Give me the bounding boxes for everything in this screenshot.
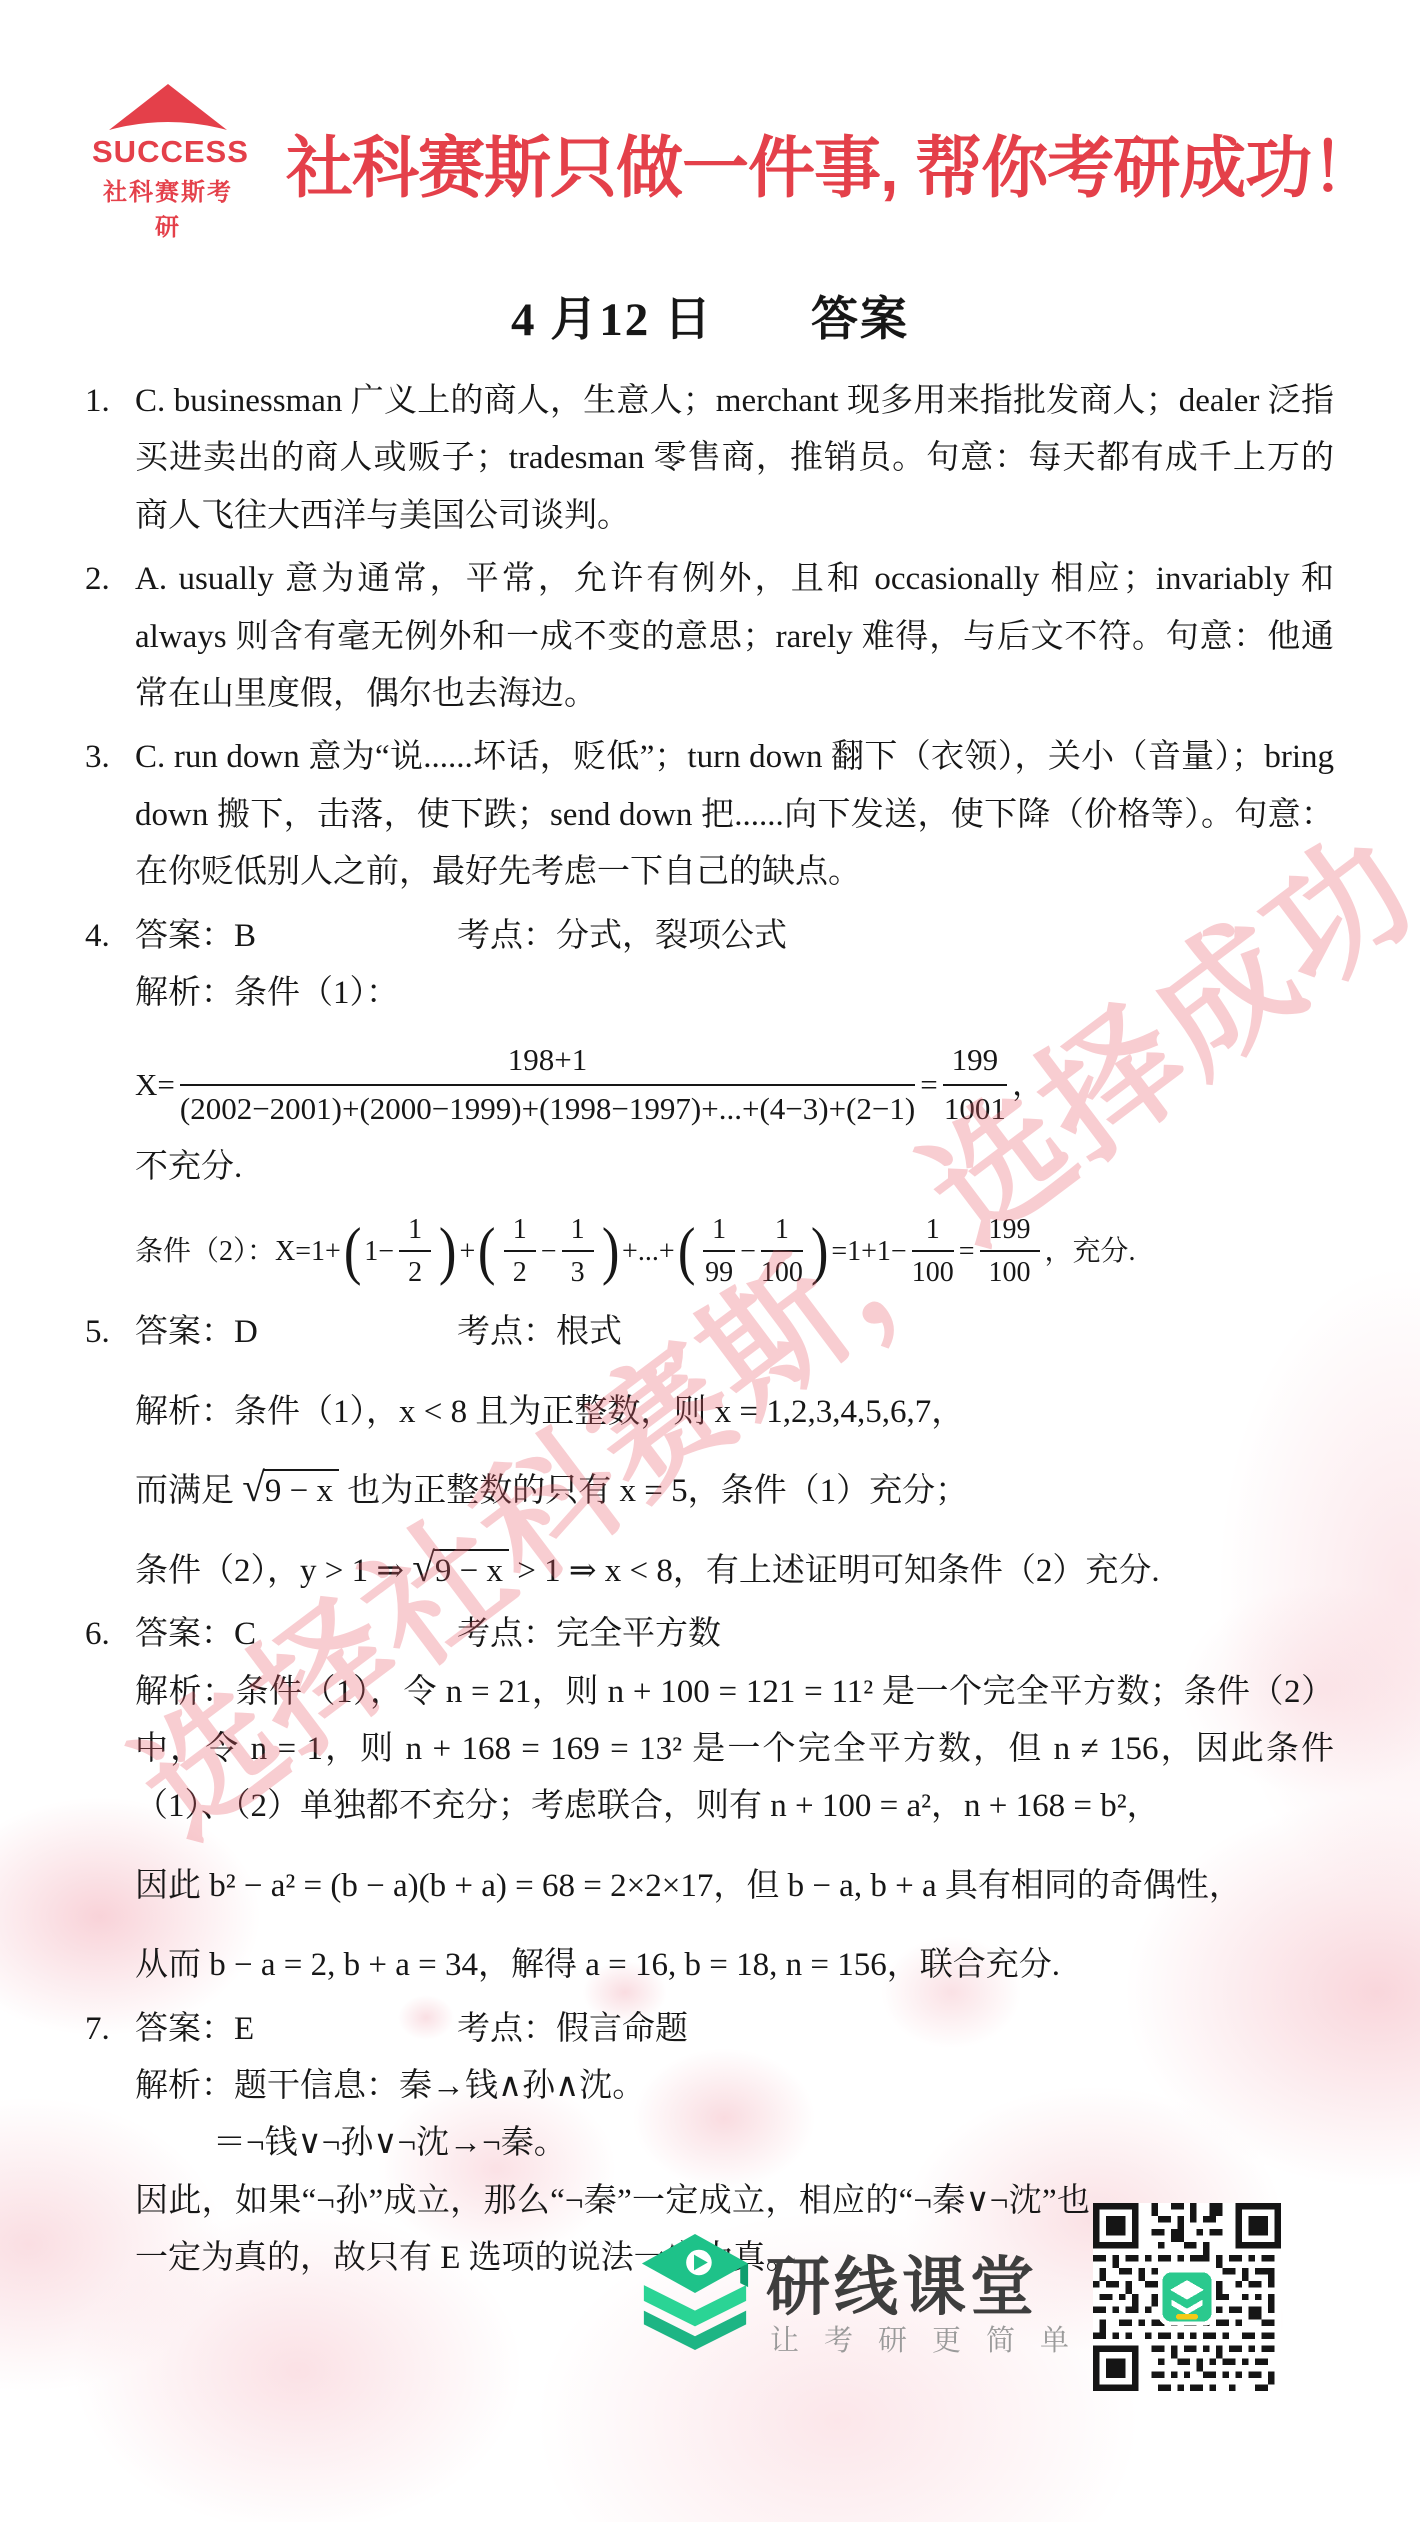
analysis-line: 解析：题干信息：秦→钱∧孙∧沈。 (135, 2058, 1334, 2115)
footer-tagline: 让考研更简单 (770, 2318, 1094, 2359)
answer-row: 答案：B 考点：分式，裂项公式 (135, 908, 1334, 965)
fraction: 198+1(2002−2001)+(2000−1999)+(1998−1997)… (180, 1040, 915, 1129)
fraction: 199100 (980, 1212, 1040, 1290)
fraction: 13 (562, 1212, 594, 1290)
answer-row: 答案：D 考点：根式 (135, 1304, 1334, 1361)
answer-value: 答案：E (135, 2001, 457, 2058)
analysis-line: 解析：条件（1），x < 8 且为正整数，则 x = 1,2,3,4,5,6,7… (135, 1384, 1334, 1441)
insufficient-line: 不充分. (135, 1139, 1334, 1196)
formula-text: =1+1− (831, 1234, 906, 1269)
formula-text: + (460, 1234, 476, 1269)
formula-condition-1: X= 198+1(2002−2001)+(2000−1999)+(1998−19… (135, 1040, 1334, 1129)
list-item-5: 5. 答案：D 考点：根式 解析：条件（1），x < 8 且为正整数，则 x =… (85, 1304, 1334, 1600)
item-number: 4. (85, 908, 135, 1299)
answer-value: 答案：B (135, 908, 457, 965)
header: SUCCESS 社科赛斯考研 社科赛斯只做一件事, 帮你考研成功！ (92, 84, 1360, 242)
answer-value: 答案：C (135, 1606, 457, 1663)
item-text: C. run down 意为“说......坏话，贬低”；turn down 翻… (135, 729, 1334, 901)
formula-tail: ， (1012, 1065, 1043, 1105)
logic-line: ＝¬钱∨¬孙∨¬沈→¬秦。 (135, 2115, 1334, 2172)
sqrt-line-2: 条件（2），y > 1 ⇒ √9 − x > 1 ⇒ x < 8，有上述证明可知… (135, 1543, 1334, 1600)
success-logo: SUCCESS 社科赛斯考研 (92, 84, 244, 242)
square-root: √9 − x (412, 1553, 509, 1589)
analysis-line: 解析：条件（1）： (135, 965, 1334, 1022)
equals-sign: = (920, 1065, 937, 1105)
formula-text: +...+ (622, 1234, 675, 1269)
list-item-4: 4. 答案：B 考点：分式，裂项公式 解析：条件（1）： X= 198+1(20… (85, 908, 1334, 1299)
header-slogan: 社科赛斯只做一件事, 帮你考研成功！ (286, 115, 1377, 211)
yanxian-logo-icon (636, 2230, 754, 2357)
item-number: 7. (85, 2001, 135, 2288)
formula-text: − (541, 1234, 557, 1269)
answer-value: 答案：D (135, 1304, 457, 1361)
item-number: 2. (85, 551, 135, 723)
formula-text: X=1+ (275, 1234, 341, 1269)
analysis-paragraph: 因此 b² − a² = (b − a)(b + a) = 68 = 2×2×1… (135, 1858, 1334, 1915)
fraction: 12 (504, 1212, 536, 1290)
formula-condition-2: 条件（2）： X=1+ ( 1− 12 ) + ( 12 − 13 ) +...… (135, 1212, 1334, 1290)
footer-brand: 研线课堂 (766, 2236, 1038, 2328)
list-item-2: 2. A. usually 意为通常，平常，允许有例外，且和 occasiona… (85, 551, 1334, 723)
item-text: A. usually 意为通常，平常，允许有例外，且和 occasionally… (135, 551, 1334, 723)
square-root: √9 − x (242, 1473, 339, 1509)
exam-point: 考点：根式 (457, 1304, 1334, 1361)
item-number: 3. (85, 729, 135, 901)
answers-list: 1. C. businessman 广义上的商人，生意人；merchant 现多… (85, 373, 1334, 2288)
answer-row: 答案：E 考点：假言命题 (135, 2001, 1334, 2058)
item-body: 答案：C 考点：完全平方数 解析：条件（1），令 n = 21，则 n + 10… (135, 1606, 1334, 1994)
formula-text: − (740, 1234, 756, 1269)
condition-label: 条件（2）： (135, 1234, 275, 1269)
fraction: 1100 (761, 1212, 803, 1290)
fraction: 1100 (912, 1212, 954, 1290)
formula-text: = (959, 1234, 975, 1269)
fraction: 199 (703, 1212, 735, 1290)
analysis-paragraph: 解析：条件（1），令 n = 21，则 n + 100 = 121 = 11² … (135, 1664, 1334, 1836)
qr-code (1093, 2203, 1281, 2391)
item-body: 答案：B 考点：分式，裂项公式 解析：条件（1）： X= 198+1(2002−… (135, 908, 1334, 1299)
fraction: 12 (399, 1212, 431, 1290)
item-number: 5. (85, 1304, 135, 1600)
item-number: 6. (85, 1606, 135, 1994)
logo-brand-text: SUCCESS (92, 134, 244, 170)
answer-sheet-page: 选择社科赛斯，选择成功 SUCCESS 社科赛斯考研 社科赛斯只做一件事, 帮你… (0, 0, 1420, 2522)
fraction: 1991001 (943, 1040, 1008, 1129)
sqrt-line-1: 而满足 √9 − x 也为正整数的只有 x = 5，条件（1）充分； (135, 1463, 1334, 1520)
exam-point: 考点：假言命题 (457, 2001, 1334, 2058)
answer-row: 答案：C 考点：完全平方数 (135, 1606, 1334, 1663)
exam-point: 考点：完全平方数 (457, 1606, 1334, 1663)
item-body: 答案：D 考点：根式 解析：条件（1），x < 8 且为正整数，则 x = 1,… (135, 1304, 1334, 1600)
exam-point: 考点：分式，裂项公式 (457, 908, 1334, 965)
formula-text: 1− (364, 1234, 394, 1269)
list-item-3: 3. C. run down 意为“说......坏话，贬低”；turn dow… (85, 729, 1334, 901)
logo-sub-text: 社科赛斯考研 (92, 172, 244, 242)
item-text: C. businessman 广义上的商人，生意人；merchant 现多用来指… (135, 373, 1334, 545)
analysis-paragraph: 从而 b − a = 2, b + a = 34，解得 a = 16, b = … (135, 1937, 1334, 1994)
list-item-1: 1. C. businessman 广义上的商人，生意人；merchant 现多… (85, 373, 1334, 545)
formula-lhs: X= (135, 1065, 175, 1105)
formula-text: ，充分. (1045, 1234, 1136, 1269)
item-number: 1. (85, 373, 135, 545)
page-title: 4 月12 日 答案 (0, 282, 1420, 349)
list-item-6: 6. 答案：C 考点：完全平方数 解析：条件（1），令 n = 21，则 n +… (85, 1606, 1334, 1994)
roof-icon (109, 84, 227, 132)
